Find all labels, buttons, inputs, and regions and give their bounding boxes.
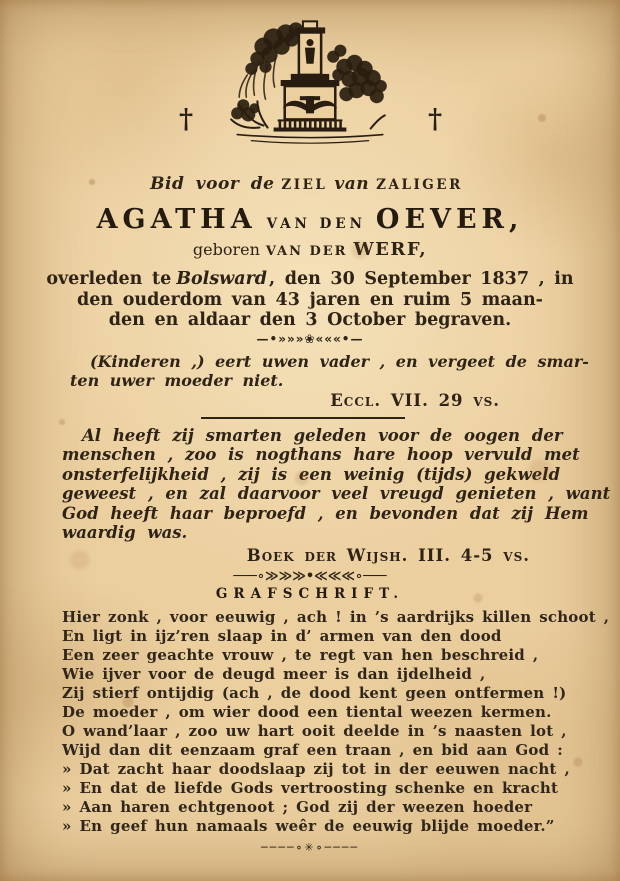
death-line-1: overleden teBolsward, den 30 September 1… — [0, 269, 620, 290]
tomb-monument-engraving — [219, 16, 401, 146]
header-vignette: † — [0, 0, 620, 162]
poem-line: En ligt in ijz’ren slaap in d’ armen van… — [62, 627, 596, 646]
poem-line: Een zeer geachte vrouw , te regt van hen… — [62, 646, 596, 665]
death-line1-pre: overleden te — [46, 269, 171, 289]
born-prefix: geboren — [193, 240, 260, 259]
poem-line: Zij stierf ontijdig (ach , de dood kent … — [62, 684, 596, 703]
death-line-3: den en aldaar den 3 October begraven. — [0, 310, 620, 331]
memorial-card: † — [0, 0, 620, 881]
maiden-name: WERF, — [353, 239, 427, 260]
scripture-quote-1: (Kinderen ,) eert uwen vader , en vergee… — [70, 352, 586, 390]
intro-van: van — [334, 174, 369, 194]
epitaph-poem: Hier zonk , voor eeuwig , ach ! in ’s aa… — [62, 608, 596, 836]
quote-line: onsterfelijkheid , zij is een weinig (ti… — [62, 465, 590, 485]
poem-line: Wie ijver voor de deugd meer is dan ijde… — [62, 665, 596, 684]
first-name: AGATHA — [97, 204, 257, 235]
poem-line: Hier zonk , voor eeuwig , ach ! in ’s aa… — [62, 608, 596, 627]
prayer-intro-line: Bid voor deZIELvanZALIGER — [0, 174, 620, 194]
maiden-particles: VAN DER — [266, 244, 348, 259]
scripture-reference-1: Eccl. VII. 29 vs. — [0, 391, 620, 410]
death-notice: overleden teBolsward, den 30 September 1… — [0, 269, 620, 331]
footer-ornament: ────∘✳∘──── — [0, 841, 620, 854]
scripture-quote-2: Al heeft zij smarten geleden voor de oog… — [62, 426, 590, 543]
poem-line: » Dat zacht haar doodslaap zij tot in de… — [62, 760, 596, 779]
deceased-name: AGATHAVAN DENOEVER, — [0, 198, 620, 236]
name-particles: VAN DEN — [267, 216, 366, 232]
maiden-name-line: geborenVAN DERWERF, — [0, 239, 620, 260]
epitaph-heading: GRAFSCHRIFT. — [0, 586, 620, 602]
poem-line: » Aan haren echtgenoot ; God zij der wee… — [62, 798, 596, 817]
quote-line: waardig was. — [62, 523, 590, 543]
scripture-reference-2: Boek der Wijsh. III. 4-5 vs. — [0, 546, 620, 565]
ornament-divider: —•»»»❀«««•— — [0, 332, 620, 346]
quote-line: God heeft haar beproefd , en bevonden da… — [62, 504, 590, 524]
poem-line: Wijd dan dit eenzaam graf een traan , en… — [62, 741, 596, 760]
poem-line: O wand’laar , zoo uw hart ooit deelde in… — [62, 722, 596, 741]
quote-line: ten uwer moeder niet. — [70, 371, 586, 390]
section-rule — [201, 417, 405, 419]
death-line-2: den ouderdom van 43 jaren en ruim 5 maan… — [0, 290, 620, 311]
intro-text: Bid voor de — [150, 174, 274, 194]
last-name: OEVER, — [376, 204, 523, 235]
poem-line: De moeder , om wier dood een tiental wee… — [62, 703, 596, 722]
feather-ornament-divider: ───∘≫≫≫•≪≪≪∘─── — [0, 569, 620, 584]
quote-line: geweest , en zal daarvoor veel vreugd ge… — [62, 484, 590, 504]
death-line1-post: , den 30 September 1837 , in — [269, 269, 574, 289]
intro-ziel: ZIEL — [281, 177, 327, 193]
quote-line: Al heeft zij smarten geleden voor de oog… — [62, 426, 590, 446]
latin-cross-icon: † — [179, 104, 193, 135]
latin-cross-icon: † — [428, 104, 442, 135]
intro-zaliger: ZALIGER — [376, 177, 463, 193]
quote-line: (Kinderen ,) eert uwen vader , en vergee… — [70, 352, 586, 371]
death-place: Bolsward — [176, 269, 267, 289]
poem-line: » En geef hun namaals weêr de eeuwig bli… — [62, 817, 596, 836]
quote-line: menschen , zoo is nogthans hare hoop ver… — [62, 445, 590, 465]
poem-line: » En dat de liefde Gods vertroosting sch… — [62, 779, 596, 798]
